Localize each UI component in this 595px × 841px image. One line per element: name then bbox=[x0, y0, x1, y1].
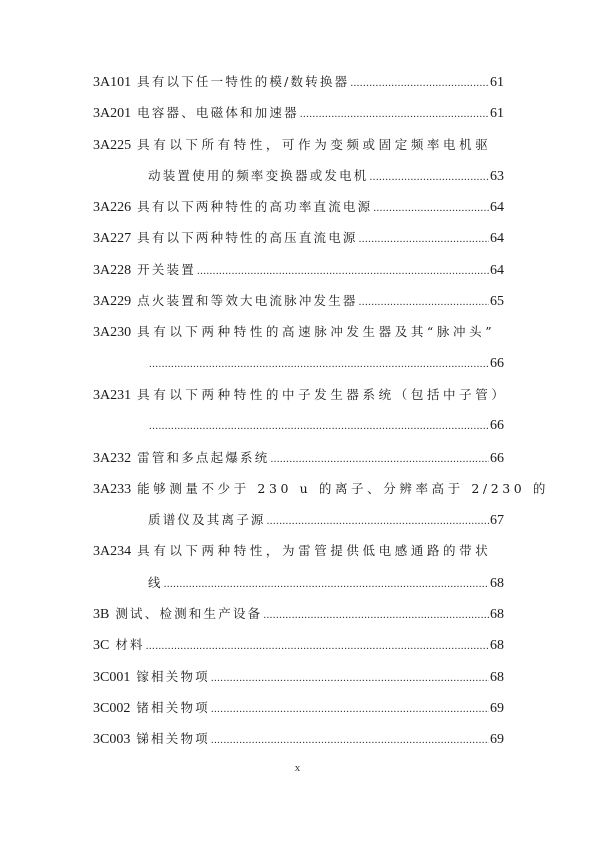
toc-entry-3a101[interactable]: 3A101 具有以下任一特性的模/数转换器 61 bbox=[93, 66, 504, 97]
table-of-contents: 3A101 具有以下任一特性的模/数转换器 61 3A201 电容器、电磁体和加… bbox=[93, 66, 504, 755]
toc-entry-3a231[interactable]: 3A231 具有以下两种特性的中子发生器系统（包括中子管） 66 bbox=[93, 379, 504, 442]
toc-code: 3A231 bbox=[93, 380, 131, 411]
toc-title-continuation: 质谱仪及其离子源 bbox=[148, 504, 266, 535]
toc-code: 3A228 bbox=[93, 255, 131, 286]
toc-entry-3a229[interactable]: 3A229 点火装置和等效大电流脉冲发生器 65 bbox=[93, 285, 504, 316]
toc-entry-3a230[interactable]: 3A230 具有以下两种特性的高速脉冲发生器及其“脉冲头” 66 bbox=[93, 316, 504, 379]
toc-entry-3c[interactable]: 3C 材料 68 bbox=[93, 629, 504, 660]
toc-entry-3a201[interactable]: 3A201 电容器、电磁体和加速器 61 bbox=[93, 97, 504, 128]
dot-leader bbox=[164, 569, 489, 600]
toc-page-number: 69 bbox=[490, 693, 504, 724]
toc-code: 3A234 bbox=[93, 536, 131, 567]
toc-title: 锑相关物项 bbox=[136, 723, 210, 754]
toc-title: 具有以下两种特性的高功率直流电源 bbox=[137, 191, 372, 222]
toc-page-number: 67 bbox=[490, 505, 504, 536]
toc-title: 具有以下两种特性的中子发生器系统（包括中子管） bbox=[137, 379, 507, 410]
toc-title: 具有以下两种特性，为雷管提供低电感通路的带状 bbox=[137, 535, 491, 566]
toc-page-number: 65 bbox=[490, 286, 504, 317]
toc-code: 3C bbox=[93, 630, 109, 661]
toc-code: 3C003 bbox=[93, 724, 130, 755]
toc-entry-3b[interactable]: 3B 测试、检测和生产设备 68 bbox=[93, 598, 504, 629]
toc-page-number: 69 bbox=[490, 724, 504, 755]
toc-page-number: 64 bbox=[490, 223, 504, 254]
toc-page-number: 66 bbox=[490, 348, 504, 379]
toc-entry-3c001[interactable]: 3C001 镓相关物项 68 bbox=[93, 661, 504, 692]
dot-leader bbox=[149, 411, 489, 442]
toc-entry-3a227[interactable]: 3A227 具有以下两种特性的高压直流电源 64 bbox=[93, 222, 504, 253]
toc-entry-3a233[interactable]: 3A233 能够测量不少于 230 u 的离子、分辨率高于 2/230 的 质谱… bbox=[93, 473, 504, 536]
dot-leader bbox=[270, 444, 489, 475]
toc-page-number: 68 bbox=[490, 662, 504, 693]
toc-code: 3B bbox=[93, 599, 109, 630]
dot-leader bbox=[211, 694, 489, 725]
dot-leader bbox=[149, 349, 489, 380]
dot-leader bbox=[211, 725, 489, 756]
toc-entry-3c002[interactable]: 3C002 锗相关物项 69 bbox=[93, 692, 504, 723]
dot-leader bbox=[373, 193, 489, 224]
dot-leader bbox=[211, 663, 489, 694]
toc-page-number: 66 bbox=[490, 443, 504, 474]
toc-page-number: 63 bbox=[490, 161, 504, 192]
toc-entry-3a228[interactable]: 3A228 开关装置 64 bbox=[93, 254, 504, 285]
toc-title-continuation: 线 bbox=[148, 567, 163, 598]
toc-code: 3A226 bbox=[93, 192, 131, 223]
toc-entry-3a234[interactable]: 3A234 具有以下两种特性，为雷管提供低电感通路的带状 线 68 bbox=[93, 535, 504, 598]
toc-code: 3A225 bbox=[93, 130, 131, 161]
dot-leader bbox=[146, 631, 489, 662]
toc-title-continuation: 动装置使用的频率变换器或发电机 bbox=[148, 160, 369, 191]
dot-leader bbox=[359, 287, 489, 318]
toc-title: 镓相关物项 bbox=[136, 661, 210, 692]
toc-code: 3A201 bbox=[93, 98, 131, 129]
page-number-footer: x bbox=[0, 762, 595, 774]
toc-code: 3A233 bbox=[93, 474, 131, 505]
toc-page-number: 68 bbox=[490, 599, 504, 630]
toc-title: 开关装置 bbox=[137, 254, 196, 285]
dot-leader bbox=[197, 256, 489, 287]
toc-title: 锗相关物项 bbox=[136, 692, 210, 723]
toc-entry-3a225[interactable]: 3A225 具有以下所有特性，可作为变频或固定频率电机驱 动装置使用的频率变换器… bbox=[93, 129, 504, 192]
toc-code: 3A227 bbox=[93, 223, 131, 254]
dot-leader bbox=[263, 600, 489, 631]
toc-title: 材料 bbox=[115, 629, 144, 660]
toc-page-number: 68 bbox=[490, 630, 504, 661]
toc-title: 具有以下所有特性，可作为变频或固定频率电机驱 bbox=[137, 129, 491, 160]
toc-entry-3a232[interactable]: 3A232 雷管和多点起爆系统 66 bbox=[93, 442, 504, 473]
toc-title: 测试、检测和生产设备 bbox=[115, 598, 262, 629]
toc-code: 3A101 bbox=[93, 67, 131, 98]
toc-code: 3C001 bbox=[93, 662, 130, 693]
toc-entry-3c003[interactable]: 3C003 锑相关物项 69 bbox=[93, 723, 504, 754]
toc-entry-3a226[interactable]: 3A226 具有以下两种特性的高功率直流电源 64 bbox=[93, 191, 504, 222]
toc-page-number: 66 bbox=[490, 410, 504, 441]
toc-title: 电容器、电磁体和加速器 bbox=[137, 97, 299, 128]
toc-code: 3A232 bbox=[93, 443, 131, 474]
toc-title: 能够测量不少于 230 u 的离子、分辨率高于 2/230 的 bbox=[137, 473, 549, 504]
toc-code: 3A230 bbox=[93, 317, 131, 348]
dot-leader bbox=[350, 68, 489, 99]
toc-title: 具有以下两种特性的高压直流电源 bbox=[137, 222, 358, 253]
toc-code: 3A229 bbox=[93, 286, 131, 317]
toc-page-number: 64 bbox=[490, 255, 504, 286]
dot-leader bbox=[300, 99, 489, 130]
toc-page-number: 61 bbox=[490, 67, 504, 98]
toc-title: 具有以下任一特性的模/数转换器 bbox=[137, 66, 349, 97]
dot-leader bbox=[359, 224, 489, 255]
toc-page-number: 61 bbox=[490, 98, 504, 129]
toc-code: 3C002 bbox=[93, 693, 130, 724]
toc-page-number: 68 bbox=[490, 568, 504, 599]
dot-leader bbox=[370, 162, 489, 193]
toc-title: 雷管和多点起爆系统 bbox=[137, 442, 269, 473]
toc-title: 具有以下两种特性的高速脉冲发生器及其“脉冲头” bbox=[137, 316, 495, 347]
dot-leader bbox=[267, 506, 489, 537]
toc-page-number: 64 bbox=[490, 192, 504, 223]
toc-title: 点火装置和等效大电流脉冲发生器 bbox=[137, 285, 358, 316]
